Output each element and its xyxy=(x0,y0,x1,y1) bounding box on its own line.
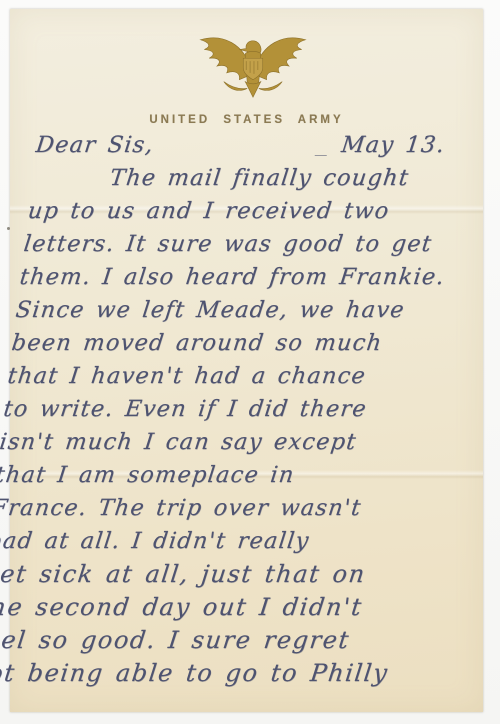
letter-line: not being able to go to Philly xyxy=(0,657,400,690)
army-eagle-emblem-icon xyxy=(194,31,312,110)
salutation-date-row: Dear Sis, May 13. xyxy=(34,129,465,162)
letter-line: The mail finally cought xyxy=(30,162,461,195)
letter-line: up to us and I received two xyxy=(26,195,457,228)
letter-line: isn't much I can say except xyxy=(0,426,429,459)
handwritten-letter-body: Dear Sis, May 13. The mail finally cough… xyxy=(0,129,465,690)
letter-line: that I am someplace in xyxy=(0,459,424,492)
letter-line: the second day out I didn't xyxy=(0,591,408,624)
letter-line: to write. Even if I did there xyxy=(2,393,433,426)
letter-page: UNITED STATES ARMY Dear Sis, May 13. The… xyxy=(10,9,483,712)
letter-line: feel so good. I sure regret xyxy=(0,624,404,657)
letter-line: letters. It sure was good to get xyxy=(22,228,453,261)
scanned-letter-background: UNITED STATES ARMY Dear Sis, May 13. The… xyxy=(0,0,500,724)
letter-line: bad at all. I didn't really xyxy=(0,525,416,558)
paper-speck xyxy=(7,227,10,230)
letter-line: Since we left Meade, we have xyxy=(14,294,445,327)
letter-line: get sick at all, just that on xyxy=(0,558,412,591)
letter-line: them. I also heard from Frankie. xyxy=(18,261,449,294)
letter-line: been moved around so much xyxy=(10,327,441,360)
letterhead-title: UNITED STATES ARMY xyxy=(10,114,483,126)
letter-date: May 13. xyxy=(339,129,447,162)
letter-line: France. The trip over wasn't xyxy=(0,492,420,525)
army-letterhead: UNITED STATES ARMY xyxy=(10,31,483,126)
salutation: Dear Sis, xyxy=(34,129,156,162)
letter-line: that I haven't had a chance xyxy=(6,360,437,393)
